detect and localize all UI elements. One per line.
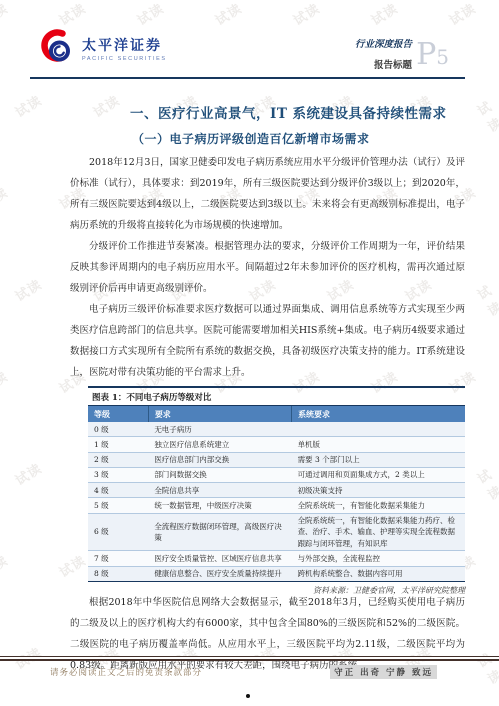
brand-text: 太平洋证券 PACIFIC SECURITIES: [82, 35, 167, 62]
watermark-text: 试读: [289, 0, 323, 29]
table-row: 8 级 健康信息整合、医疗安全质量持续提升 跨机构系统整合、数据内容可用: [88, 566, 465, 581]
brand-name-en: PACIFIC SECURITIES: [82, 56, 167, 62]
table-row: 0 级 无电子病历: [88, 422, 465, 437]
cell-level: 4 级: [88, 483, 148, 498]
watermark-text: 试读: [445, 0, 479, 29]
cell-requirement: 部门间数据交换: [148, 467, 291, 482]
report-page: 试读试读试读试读试读试读试读试读试读试读试读试读试读试读试读试读试读试读试读试读…: [0, 0, 499, 706]
cell-level: 2 级: [88, 452, 148, 467]
watermark-text: 试读: [0, 366, 11, 397]
cell-system: 与外部交换，全流程监控: [292, 551, 465, 566]
watermark-text: 试读: [55, 550, 89, 581]
report-type-label: 行业深度报告: [355, 36, 412, 50]
header-meta: 行业深度报告 报告标题: [355, 36, 412, 71]
brand-logo: 太平洋证券 PACIFIC SECURITIES: [36, 27, 167, 69]
table-row: 3 级 部门间数据交换 可通过调用和页面集成方式，2 类以上: [88, 467, 465, 482]
watermark-text: 试读: [133, 0, 167, 29]
cell-level: 7 级: [88, 551, 148, 566]
paragraph: 2018年12月3日，国家卫健委印发电子病历系统应用水平分级评价管理办法（试行）…: [70, 152, 465, 236]
watermark-text: 试读: [367, 0, 401, 29]
watermark-text: 试读: [0, 550, 11, 581]
watermark-text: 试读: [11, 90, 45, 121]
figure-1: 图表 1：不同电子病历等级对比 等级 要求 系统要求 0 级 无电子病历 1 级…: [88, 386, 465, 596]
cell-requirement: 统一数据管理，中级医疗决策: [148, 498, 291, 513]
subsection-title: （一）电子病历评级创造百亿新增市场需求: [132, 130, 469, 147]
watermark-text: 试读: [211, 0, 245, 29]
watermark-text: 试读: [473, 646, 499, 687]
table-row: 1 级 独立医疗信息系统建立 单机版: [88, 437, 465, 452]
cell-requirement: 全院信息共享: [148, 483, 291, 498]
watermark-text: 试读: [0, 182, 11, 213]
cell-system: 全院系统统一，有智能化数据采集能力: [292, 498, 465, 513]
page-number: P5: [416, 40, 449, 70]
body-text-top: 2018年12月3日，国家卫健委印发电子病历系统应用水平分级评价管理办法（试行）…: [70, 152, 465, 383]
cell-system: 初级决策支持: [292, 483, 465, 498]
body-text-bottom: 根据2018年中华医院信息网络大会数据显示，截至2018年3月，已经购买使用电子…: [70, 592, 465, 676]
footer-motto: 守正 出奇 宁静 致远: [330, 665, 437, 679]
table-row: 6 级 全流程医疗数据闭环管理，高级医疗决策 全院系统统一，有智能化数据采集能力…: [88, 513, 465, 551]
page-indicator-dot: [246, 694, 250, 698]
cell-level: 1 级: [88, 437, 148, 452]
table-row: 2 级 医疗信息部门内部交换 需要 3 个部门以上: [88, 452, 465, 467]
col-header-level: 等级: [88, 406, 148, 422]
footer-divider: [0, 656, 499, 661]
cell-requirement: 医疗安全质量管控、区域医疗信息共享: [148, 551, 291, 566]
footer-disclaimer: 请务必阅读正文之后的免责条款部分: [50, 666, 202, 678]
watermark-text: 试读: [473, 462, 499, 503]
watermark-text: 试读: [55, 0, 89, 29]
header-divider: [30, 77, 465, 79]
watermark-text: 试读: [0, 0, 11, 29]
col-header-system: 系统要求: [292, 406, 465, 422]
cell-level: 3 级: [88, 467, 148, 482]
cell-requirement: 医疗信息部门内部交换: [148, 452, 291, 467]
report-title-label: 报告标题: [355, 57, 412, 71]
table-row: 4 级 全院信息共享 初级决策支持: [88, 483, 465, 498]
cell-requirement: 无电子病历: [148, 422, 291, 437]
paragraph: 分级评价工作推进节奏紧凑。根据管理办法的要求，分级评价工作周期为一年，评价结果反…: [70, 236, 465, 299]
brand-name-cn: 太平洋证券: [82, 35, 167, 55]
cell-system: 需要 3 个部门以上: [292, 452, 465, 467]
cell-system: 单机版: [292, 437, 465, 452]
section-title: 一、医疗行业高景气，IT 系统建设具备持续性需求: [130, 102, 469, 122]
table-header: 等级 要求 系统要求: [88, 406, 465, 422]
col-header-requirement: 要求: [148, 406, 291, 422]
cell-requirement: 独立医疗信息系统建立: [148, 437, 291, 452]
page-number-digit: 5: [436, 45, 449, 69]
cell-level: 8 级: [88, 566, 148, 581]
pacific-securities-logo-icon: [36, 27, 76, 69]
watermark-text: 试读: [473, 278, 499, 319]
cell-level: 6 级: [88, 513, 148, 551]
watermark-text: 试读: [89, 90, 123, 121]
emr-table-body: 0 级 无电子病历 1 级 独立医疗信息系统建立 单机版 2 级 医疗信息部门内…: [88, 422, 465, 581]
emr-levels-table: 等级 要求 系统要求 0 级 无电子病历 1 级 独立医疗信息系统建立 单机版 …: [88, 406, 465, 582]
cell-system: 全院系统统一，有智能化数据采集能力药疗、检查、治疗、手术、输血、护理等实现全流程…: [292, 513, 465, 551]
cell-requirement: 全流程医疗数据闭环管理，高级医疗决策: [148, 513, 291, 551]
cell-system: 跨机构系统整合、数据内容可用: [292, 566, 465, 581]
watermark-text: 试读: [11, 458, 45, 489]
table-row: 7 级 医疗安全质量管控、区域医疗信息共享 与外部交换，全流程监控: [88, 551, 465, 566]
page-number-letter: P: [416, 37, 436, 72]
watermark-text: 试读: [11, 274, 45, 305]
cell-requirement: 健康信息整合、医疗安全质量持续提升: [148, 566, 291, 581]
cell-level: 0 级: [88, 422, 148, 437]
table-row: 5 级 统一数据管理，中级医疗决策 全院系统统一，有智能化数据采集能力: [88, 498, 465, 513]
watermark-text: 试读: [473, 94, 499, 135]
paragraph: 电子病历三级评价标准要求医疗数据可以通过界面集成、调用信息系统等方式实现至少两类…: [70, 299, 465, 383]
cell-system: 可通过调用和页面集成方式，2 类以上: [292, 467, 465, 482]
cell-system: [292, 422, 465, 437]
cell-level: 5 级: [88, 498, 148, 513]
figure-title: 图表 1：不同电子病历等级对比: [88, 386, 465, 406]
paragraph: 根据2018年中华医院信息网络大会数据显示，截至2018年3月，已经购买使用电子…: [70, 592, 465, 676]
